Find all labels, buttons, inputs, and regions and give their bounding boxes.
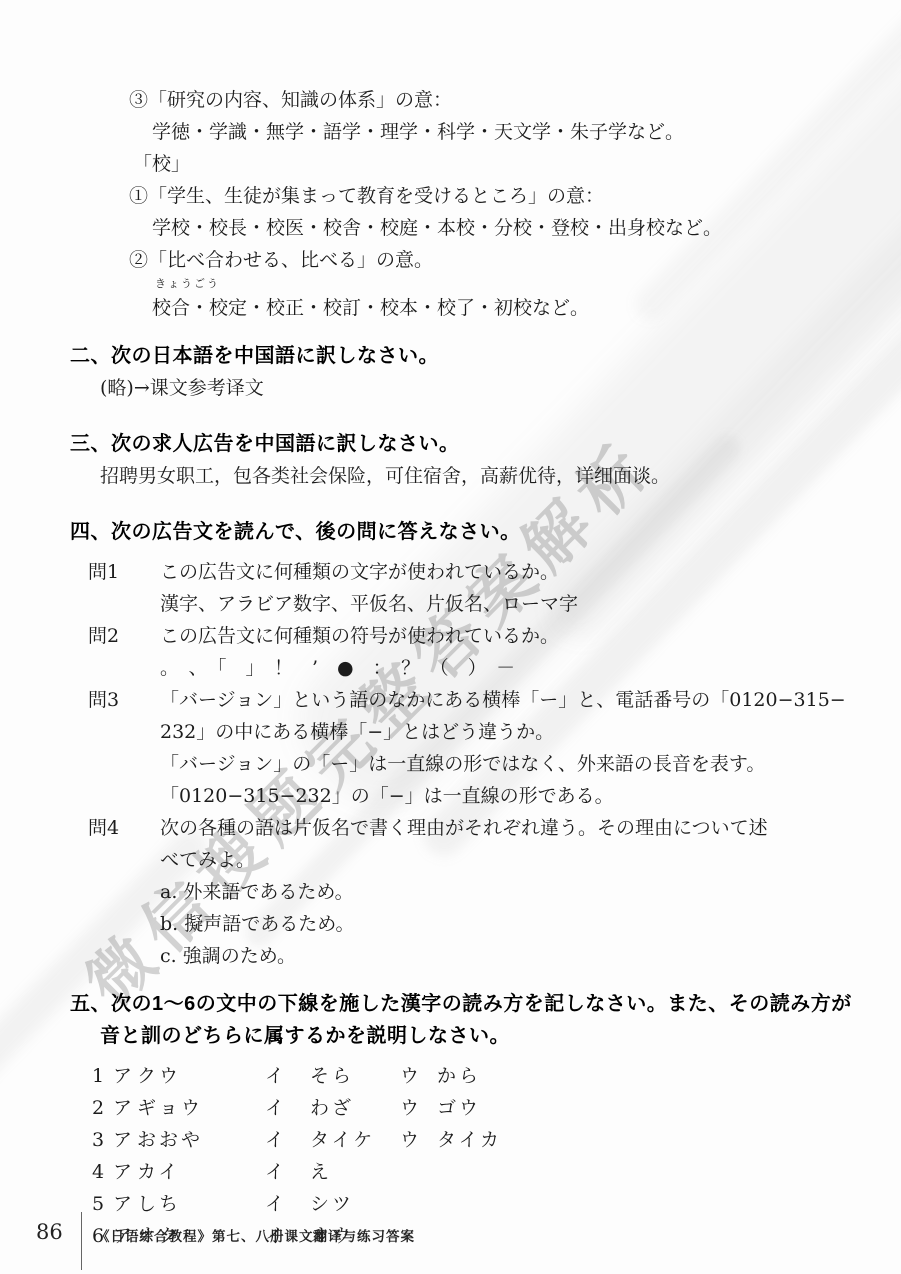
option-a-reading: クウ [137, 1060, 265, 1092]
question-4-answer-a: a. 外来語であるため。 [0, 876, 901, 908]
option-a-kana: ア [113, 1092, 137, 1124]
footer-divider [81, 1212, 82, 1270]
question-1-answer: 漢字、アラビア数字、平仮名、片仮名、ローマ字 [0, 588, 901, 620]
row-number: 4 [92, 1156, 113, 1188]
section-2-heading: 二、次の日本語を中国語に訳しなさい。 [0, 340, 901, 372]
furigana-kyougou: きょうごう [0, 276, 901, 292]
row-number: 2 [92, 1092, 113, 1124]
question-2-text: この広告文に何種類の符号が使われているか。 [160, 620, 901, 652]
page-footer: 86 《日语综合教程》第七、八册课文翻译与练习答案 [0, 1212, 901, 1274]
option-b-reading: タイケ [310, 1124, 400, 1156]
section-3-heading: 三、次の求人広告を中国語に訳しなさい。 [0, 428, 901, 460]
option-b-kana: イ [265, 1060, 310, 1092]
option-b-reading: え [310, 1156, 400, 1188]
kou-item-2: ②「比べ合わせる、比べる」の意。 [0, 244, 901, 276]
section-4-heading: 四、次の広告文を読んで、後の問に答えなさい。 [0, 516, 901, 548]
intro-item-3: ③「研究の内容、知識の体系」の意： [0, 84, 901, 116]
option-c-kana: ウ [400, 1060, 437, 1092]
option-b-kana: イ [265, 1124, 310, 1156]
intro-item-3-examples: 学徳・学識・無学・語学・理学・科学・天文学・朱子学など。 [0, 116, 901, 148]
option-a-kana: ア [113, 1156, 137, 1188]
question-3: 問3 「バージョン」という語のなかにある横棒「ー」と、電話番号の「0120−31… [0, 684, 901, 716]
section-5-heading-line2: 音と訓のどちらに属するかを説明しなさい。 [0, 1020, 901, 1052]
kou-item-2-examples: 校合・校定・校正・校訂・校本・校了・初校など。 [0, 292, 901, 324]
reading-row: 3 ア おおや イ タイケ ウ タイカ [0, 1124, 901, 1156]
question-4: 問4 次の各種の語は片仮名で書く理由がそれぞれ違う。その理由について述 [0, 812, 901, 844]
question-3-text-line1: 「バージョン」という語のなかにある横棒「ー」と、電話番号の「0120−315− [160, 684, 901, 716]
section-3-answer: 招聘男女职工，包各类社会保险，可住宿舍，高薪优待，详细面谈。 [0, 460, 901, 492]
option-a-kana: ア [113, 1060, 137, 1092]
question-4-answer-c: c. 強調のため。 [0, 940, 901, 972]
question-4-text-line2: べてみよ。 [0, 844, 901, 876]
option-b-kana: イ [265, 1092, 310, 1124]
question-3-answer-line2: 「0120−315−232」の「−」は一直線の形である。 [0, 780, 901, 812]
question-4-label: 問4 [88, 812, 160, 844]
option-c-reading: タイカ [437, 1124, 502, 1156]
question-1-label: 問1 [88, 556, 160, 588]
question-4-answer-b: b. 擬声語であるため。 [0, 908, 901, 940]
option-c-kana: ウ [400, 1124, 437, 1156]
reading-row: 4 ア カイ イ え [0, 1156, 901, 1188]
page-content: ③「研究の内容、知識の体系」の意： 学徳・学識・無学・語学・理学・科学・天文学・… [0, 0, 901, 1252]
kou-item-1-examples: 学校・校長・校医・校舎・校庭・本校・分校・登校・出身校など。 [0, 212, 901, 244]
question-3-label: 問3 [88, 684, 160, 716]
reading-row: 1 ア クウ イ そら ウ から [0, 1060, 901, 1092]
question-2: 問2 この広告文に何種類の符号が使われているか。 [0, 620, 901, 652]
question-4-text-line1: 次の各種の語は片仮名で書く理由がそれぞれ違う。その理由について述 [160, 812, 901, 844]
question-1-text: この広告文に何種類の文字が使われているか。 [160, 556, 901, 588]
question-3-text-line2: 232」の中にある横棒「−」とはどう違うか。 [0, 716, 901, 748]
option-c-reading: から [437, 1060, 481, 1092]
kou-header: 「校」 [0, 148, 901, 180]
question-2-answer: 。 、 「 」 ！ ’ ● ： ？ （ ） － [0, 652, 901, 684]
question-2-label: 問2 [88, 620, 160, 652]
section-2-answer: (略)→课文参考译文 [0, 372, 901, 404]
section-5-heading-line1: 五、次の1～6の文中の下線を施した漢字の読み方を記しなさい。また、その読み方が [0, 988, 901, 1020]
row-number: 3 [92, 1124, 113, 1156]
option-c-reading: ゴウ [437, 1092, 481, 1124]
option-b-kana: イ [265, 1156, 310, 1188]
row-number: 1 [92, 1060, 113, 1092]
option-a-reading: おおや [137, 1124, 265, 1156]
option-b-reading: そら [310, 1060, 400, 1092]
option-c-kana: ウ [400, 1092, 437, 1124]
page-number: 86 [36, 1220, 63, 1244]
reading-row: 2 ア ギョウ イ わざ ウ ゴウ [0, 1092, 901, 1124]
kou-item-1: ①「学生、生徒が集まって教育を受けるところ」の意： [0, 180, 901, 212]
option-c-kana [400, 1156, 437, 1188]
question-1: 問1 この広告文に何種類の文字が使われているか。 [0, 556, 901, 588]
document-page: 微信搜题完整答案解析 ③「研究の内容、知識の体系」の意： 学徳・学識・無学・語学… [0, 0, 901, 1274]
option-a-reading: ギョウ [137, 1092, 265, 1124]
book-title: 《日语综合教程》第七、八册课文翻译与练习答案 [96, 1225, 415, 1245]
option-b-reading: わざ [310, 1092, 400, 1124]
option-a-kana: ア [113, 1124, 137, 1156]
question-3-answer-line1: 「バージョン」の「ー」は一直線の形ではなく、外来語の長音を表す。 [0, 748, 901, 780]
option-a-reading: カイ [137, 1156, 265, 1188]
